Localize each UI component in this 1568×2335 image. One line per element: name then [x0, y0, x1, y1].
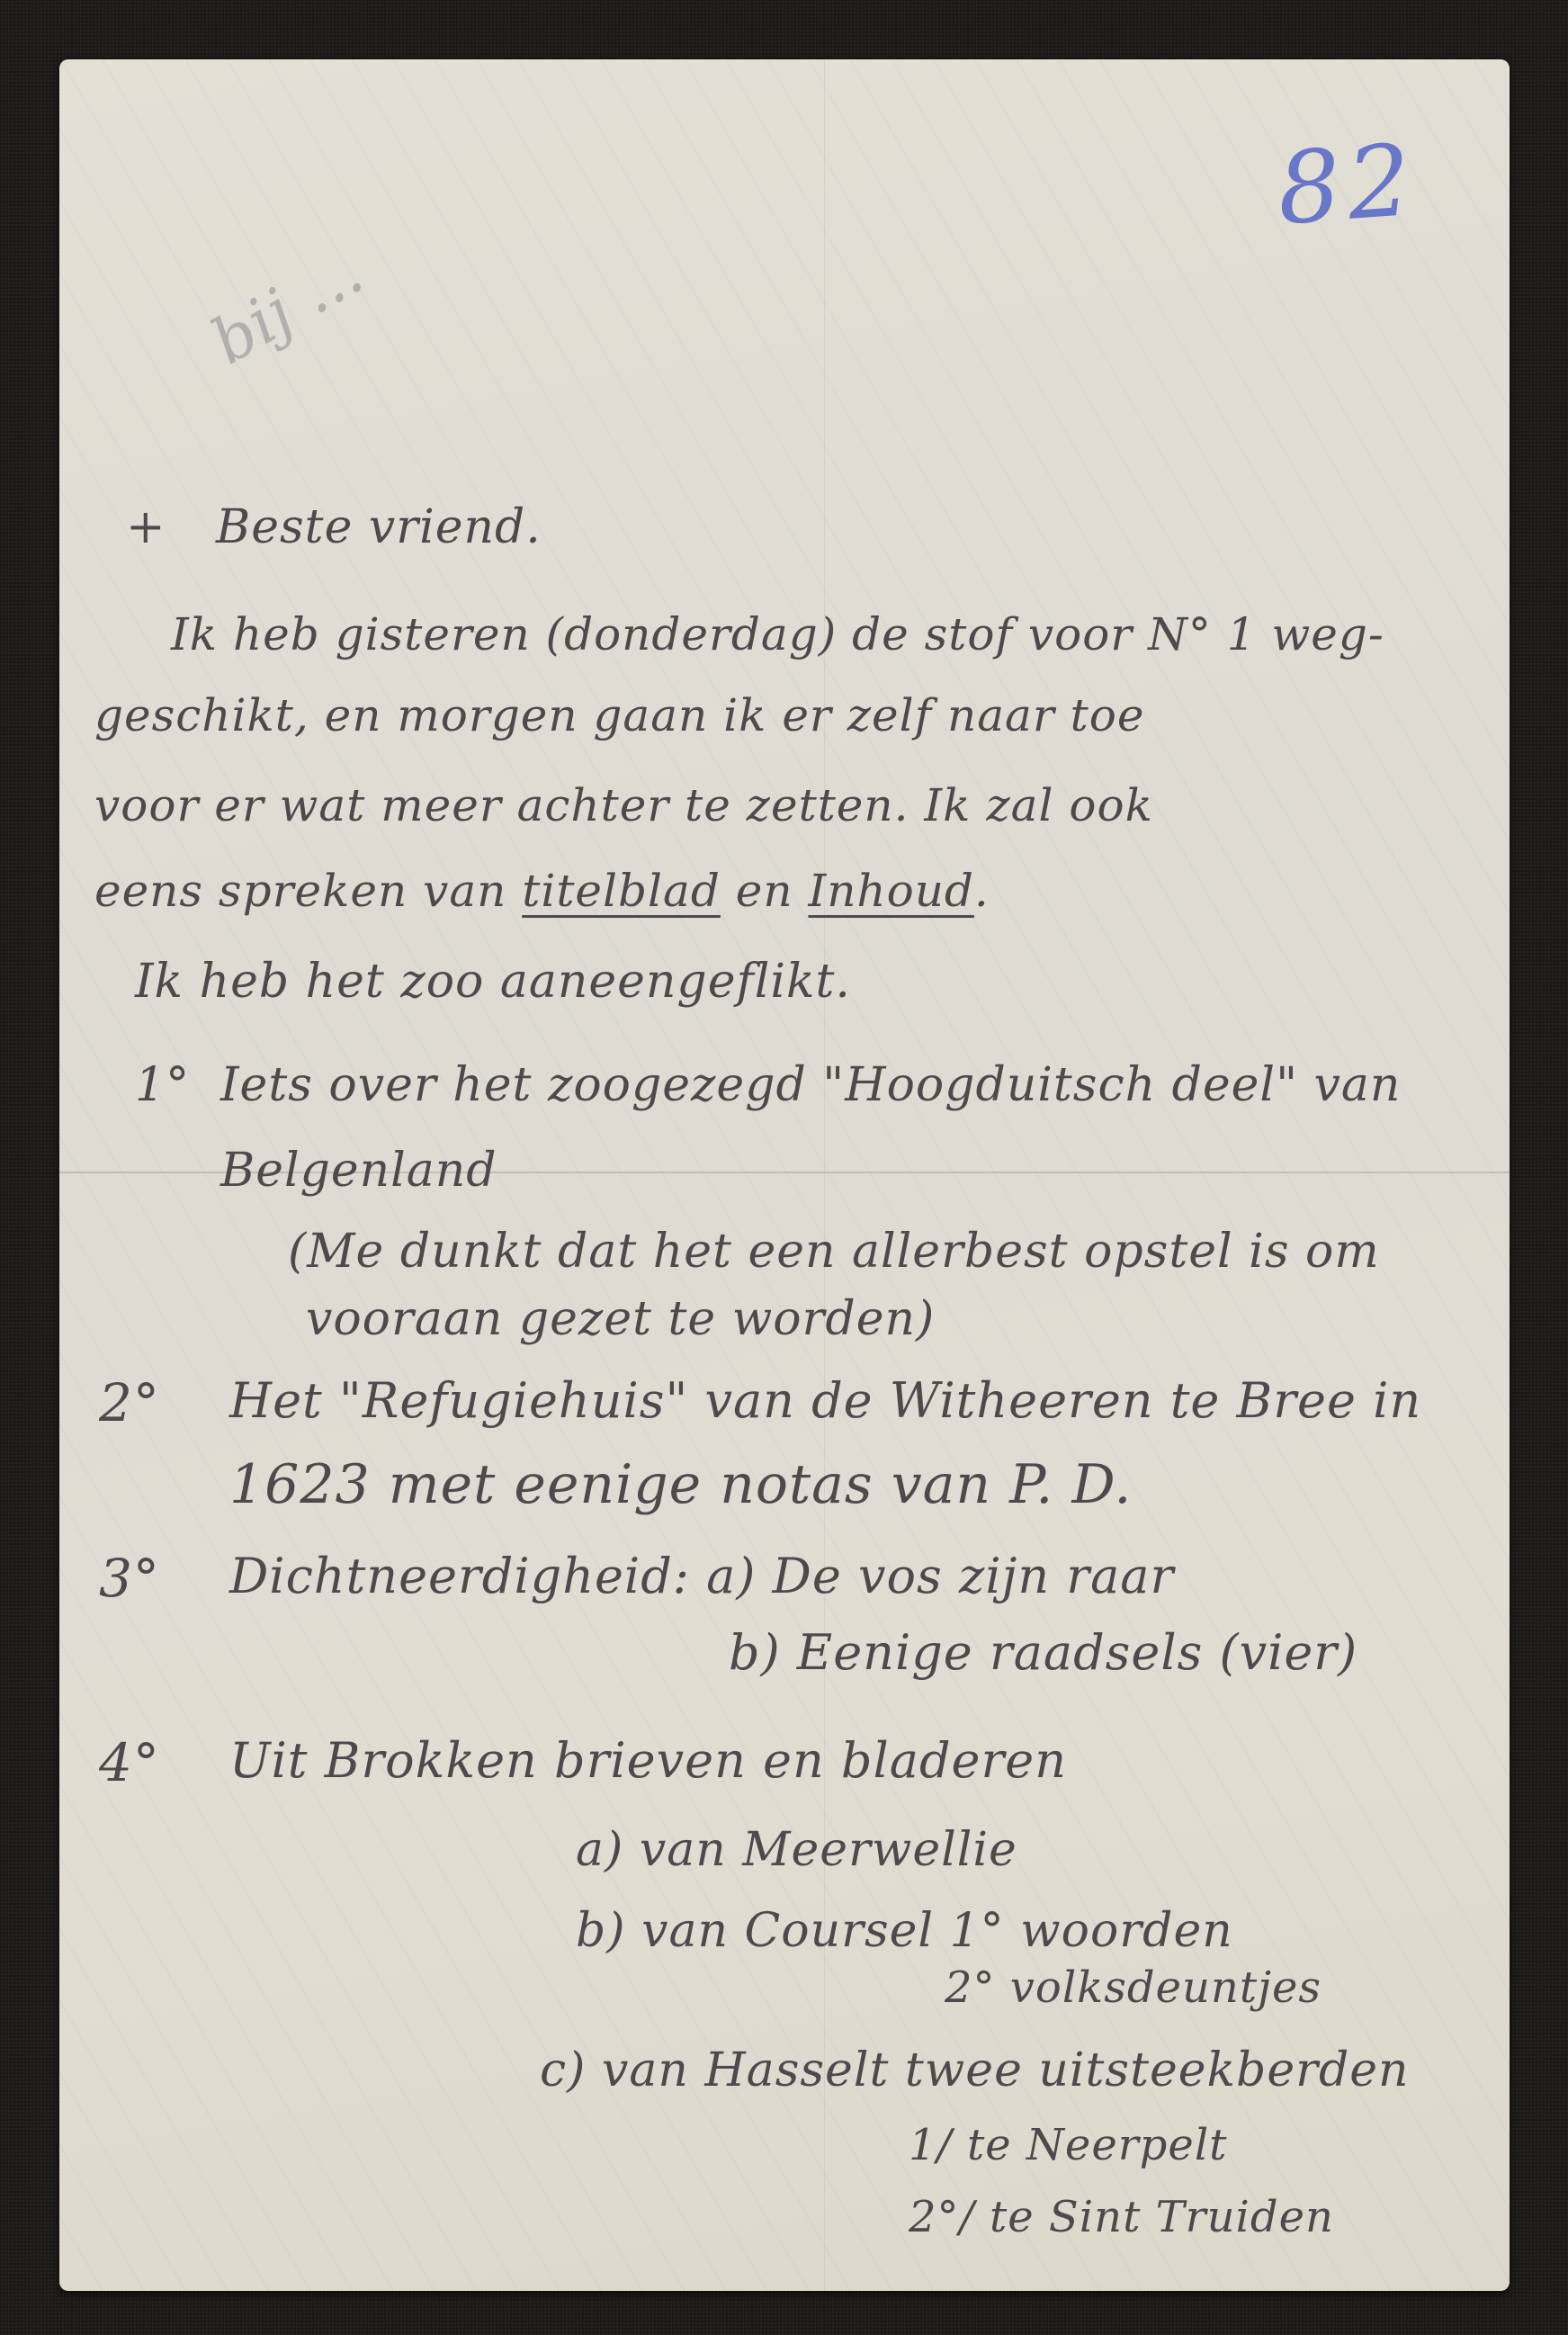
item-1-text: Iets over het zoogezegd "Hoogduitsch dee… — [220, 1062, 1401, 1109]
note-text: (Me dunkt dat het een allerbest opstel i… — [288, 1228, 1380, 1275]
cross-mark: + — [126, 504, 166, 551]
item-3-cont: b) Eenige raadsels (vier) — [729, 1629, 1357, 1677]
item-4-text: Uit Brokken brieven en bladeren — [229, 1737, 1067, 1785]
sub-item-c-2: 2°/ te Sint Truiden — [909, 2196, 1334, 2239]
sub-item-c-1: 1/ te Neerpelt — [909, 2124, 1227, 2167]
folio-number: 82 — [1274, 130, 1420, 239]
sub-item-a: a) van Meerwellie — [576, 1827, 1017, 1873]
sub-item-b-2: 2° volksdeuntjes — [945, 1966, 1322, 2009]
item-1-number: 1° — [135, 1062, 190, 1109]
body-line-4-start: eens spreken van — [94, 865, 506, 917]
item-3-text: Dichtneerdigheid: a) De vos zijn raar — [229, 1552, 1174, 1601]
item-2-number: 2° — [99, 1377, 160, 1429]
item-2-text: Het "Refugiehuis" van de Witheeren te Br… — [229, 1377, 1421, 1425]
item-1-cont: Belgenland — [220, 1147, 497, 1194]
note-cont: vooraan gezet te worden) — [306, 1296, 935, 1343]
underlined-titelblad: titelblad — [522, 865, 721, 917]
body-line-1: Ik heb gisteren (donderdag) de stof voor… — [171, 612, 1384, 657]
sub-item-c: c) van Hasselt twee uitsteekberden — [540, 2047, 1410, 2094]
sub-item-b: b) van Coursel 1° woorden — [576, 1908, 1233, 1954]
item-3-number: 3° — [99, 1552, 160, 1604]
item-4-number: 4° — [99, 1737, 160, 1789]
underlined-inhoud: Inhoud — [808, 865, 973, 917]
body-line-5: Ik heb het zoo aaneengeflikt. — [135, 958, 851, 1005]
body-line-2: geschikt, en morgen gaan ik er zelf naar… — [94, 693, 1144, 738]
connector-en: en — [736, 865, 793, 917]
item-2-cont: 1623 met eenige notas van P. D. — [229, 1458, 1132, 1512]
salutation: Beste vriend. — [216, 504, 542, 551]
body-line-3: voor er wat meer achter te zetten. Ik za… — [94, 783, 1153, 828]
body-line-4: eens spreken van titelblad en Inhoud. — [94, 868, 990, 913]
